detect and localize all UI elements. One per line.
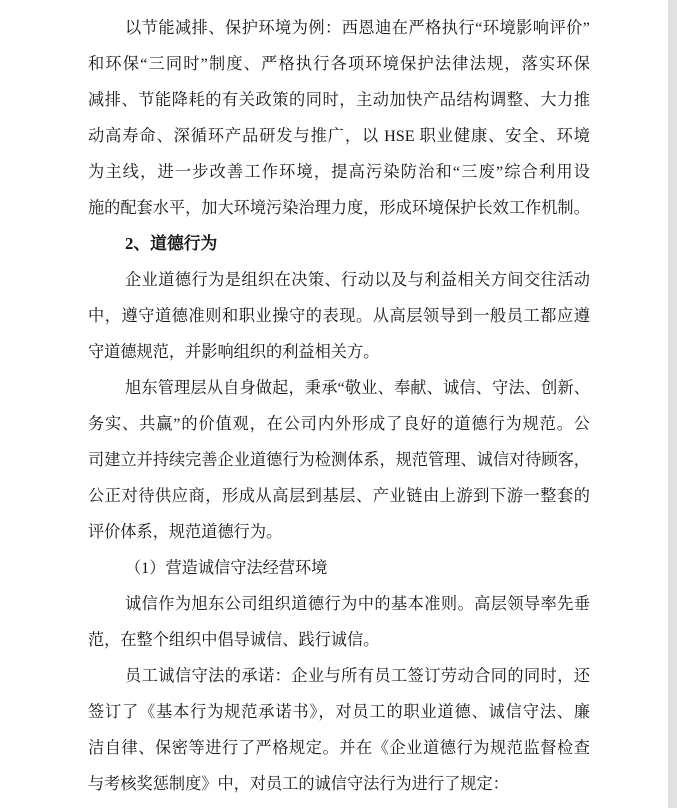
- text-line: 旭东管理层从自身做起，秉承“敬业、奉献、诚信、守法、创新、: [88, 370, 590, 406]
- text-line: 动高寿命、深循环产品研发与推广，以 HSE 职业健康、安全、环境: [88, 118, 590, 154]
- text-line: 为主线，进一步改善工作环境，提高污染防治和“三废”综合利用设: [88, 154, 590, 190]
- text-line: 司建立并持续完善企业道德行为检测体系，规范管理、诚信对待顾客，: [88, 442, 590, 478]
- page-edge-strip: [668, 0, 677, 808]
- text-line: 公正对待供应商，形成从高层到基层、产业链由上游到下游一整套的: [88, 478, 590, 514]
- text-line: 与考核奖惩制度》中，对员工的诚信守法行为进行了规定：: [88, 766, 590, 802]
- subsection-heading: （1）营造诚信守法经营环境: [88, 550, 590, 586]
- text-line: 员工诚信守法的承诺：企业与所有员工签订劳动合同的同时，还: [88, 658, 590, 694]
- text-line: 减排、节能降耗的有关政策的同时，主动加快产品结构调整、大力推: [88, 82, 590, 118]
- document-page: 以节能减排、保护环境为例：西恩迪在严格执行“环境影响评价”和环保“三同时”制度、…: [0, 0, 677, 808]
- document-content: 以节能减排、保护环境为例：西恩迪在严格执行“环境影响评价”和环保“三同时”制度、…: [88, 10, 590, 802]
- text-line: 评价体系，规范道德行为。: [88, 514, 590, 550]
- text-line: 企业道德行为是组织在决策、行动以及与利益相关方间交往活动: [88, 262, 590, 298]
- text-line: 以节能减排、保护环境为例：西恩迪在严格执行“环境影响评价”: [88, 10, 590, 46]
- text-line: 范，在整个组织中倡导诚信、践行诚信。: [88, 622, 590, 658]
- text-line: 诚信作为旭东公司组织道德行为中的基本准则。高层领导率先垂: [88, 586, 590, 622]
- text-line: 签订了《基本行为规范承诺书》，对员工的职业道德、诚信守法、廉: [88, 694, 590, 730]
- text-line: 中，遵守道德准则和职业操守的表现。从高层领导到一般员工都应遵: [88, 298, 590, 334]
- section-heading: 2、道德行为: [88, 226, 590, 262]
- text-line: 守道德规范，并影响组织的利益相关方。: [88, 334, 590, 370]
- text-line: 和环保“三同时”制度、严格执行各项环境保护法律法规，落实环保: [88, 46, 590, 82]
- text-line: 施的配套水平，加大环境污染治理力度，形成环境保护长效工作机制。: [88, 190, 590, 226]
- text-line: 务实、共赢”的价值观，在公司内外形成了良好的道德行为规范。公: [88, 406, 590, 442]
- text-line: 洁自律、保密等进行了严格规定。并在《企业道德行为规范监督检查: [88, 730, 590, 766]
